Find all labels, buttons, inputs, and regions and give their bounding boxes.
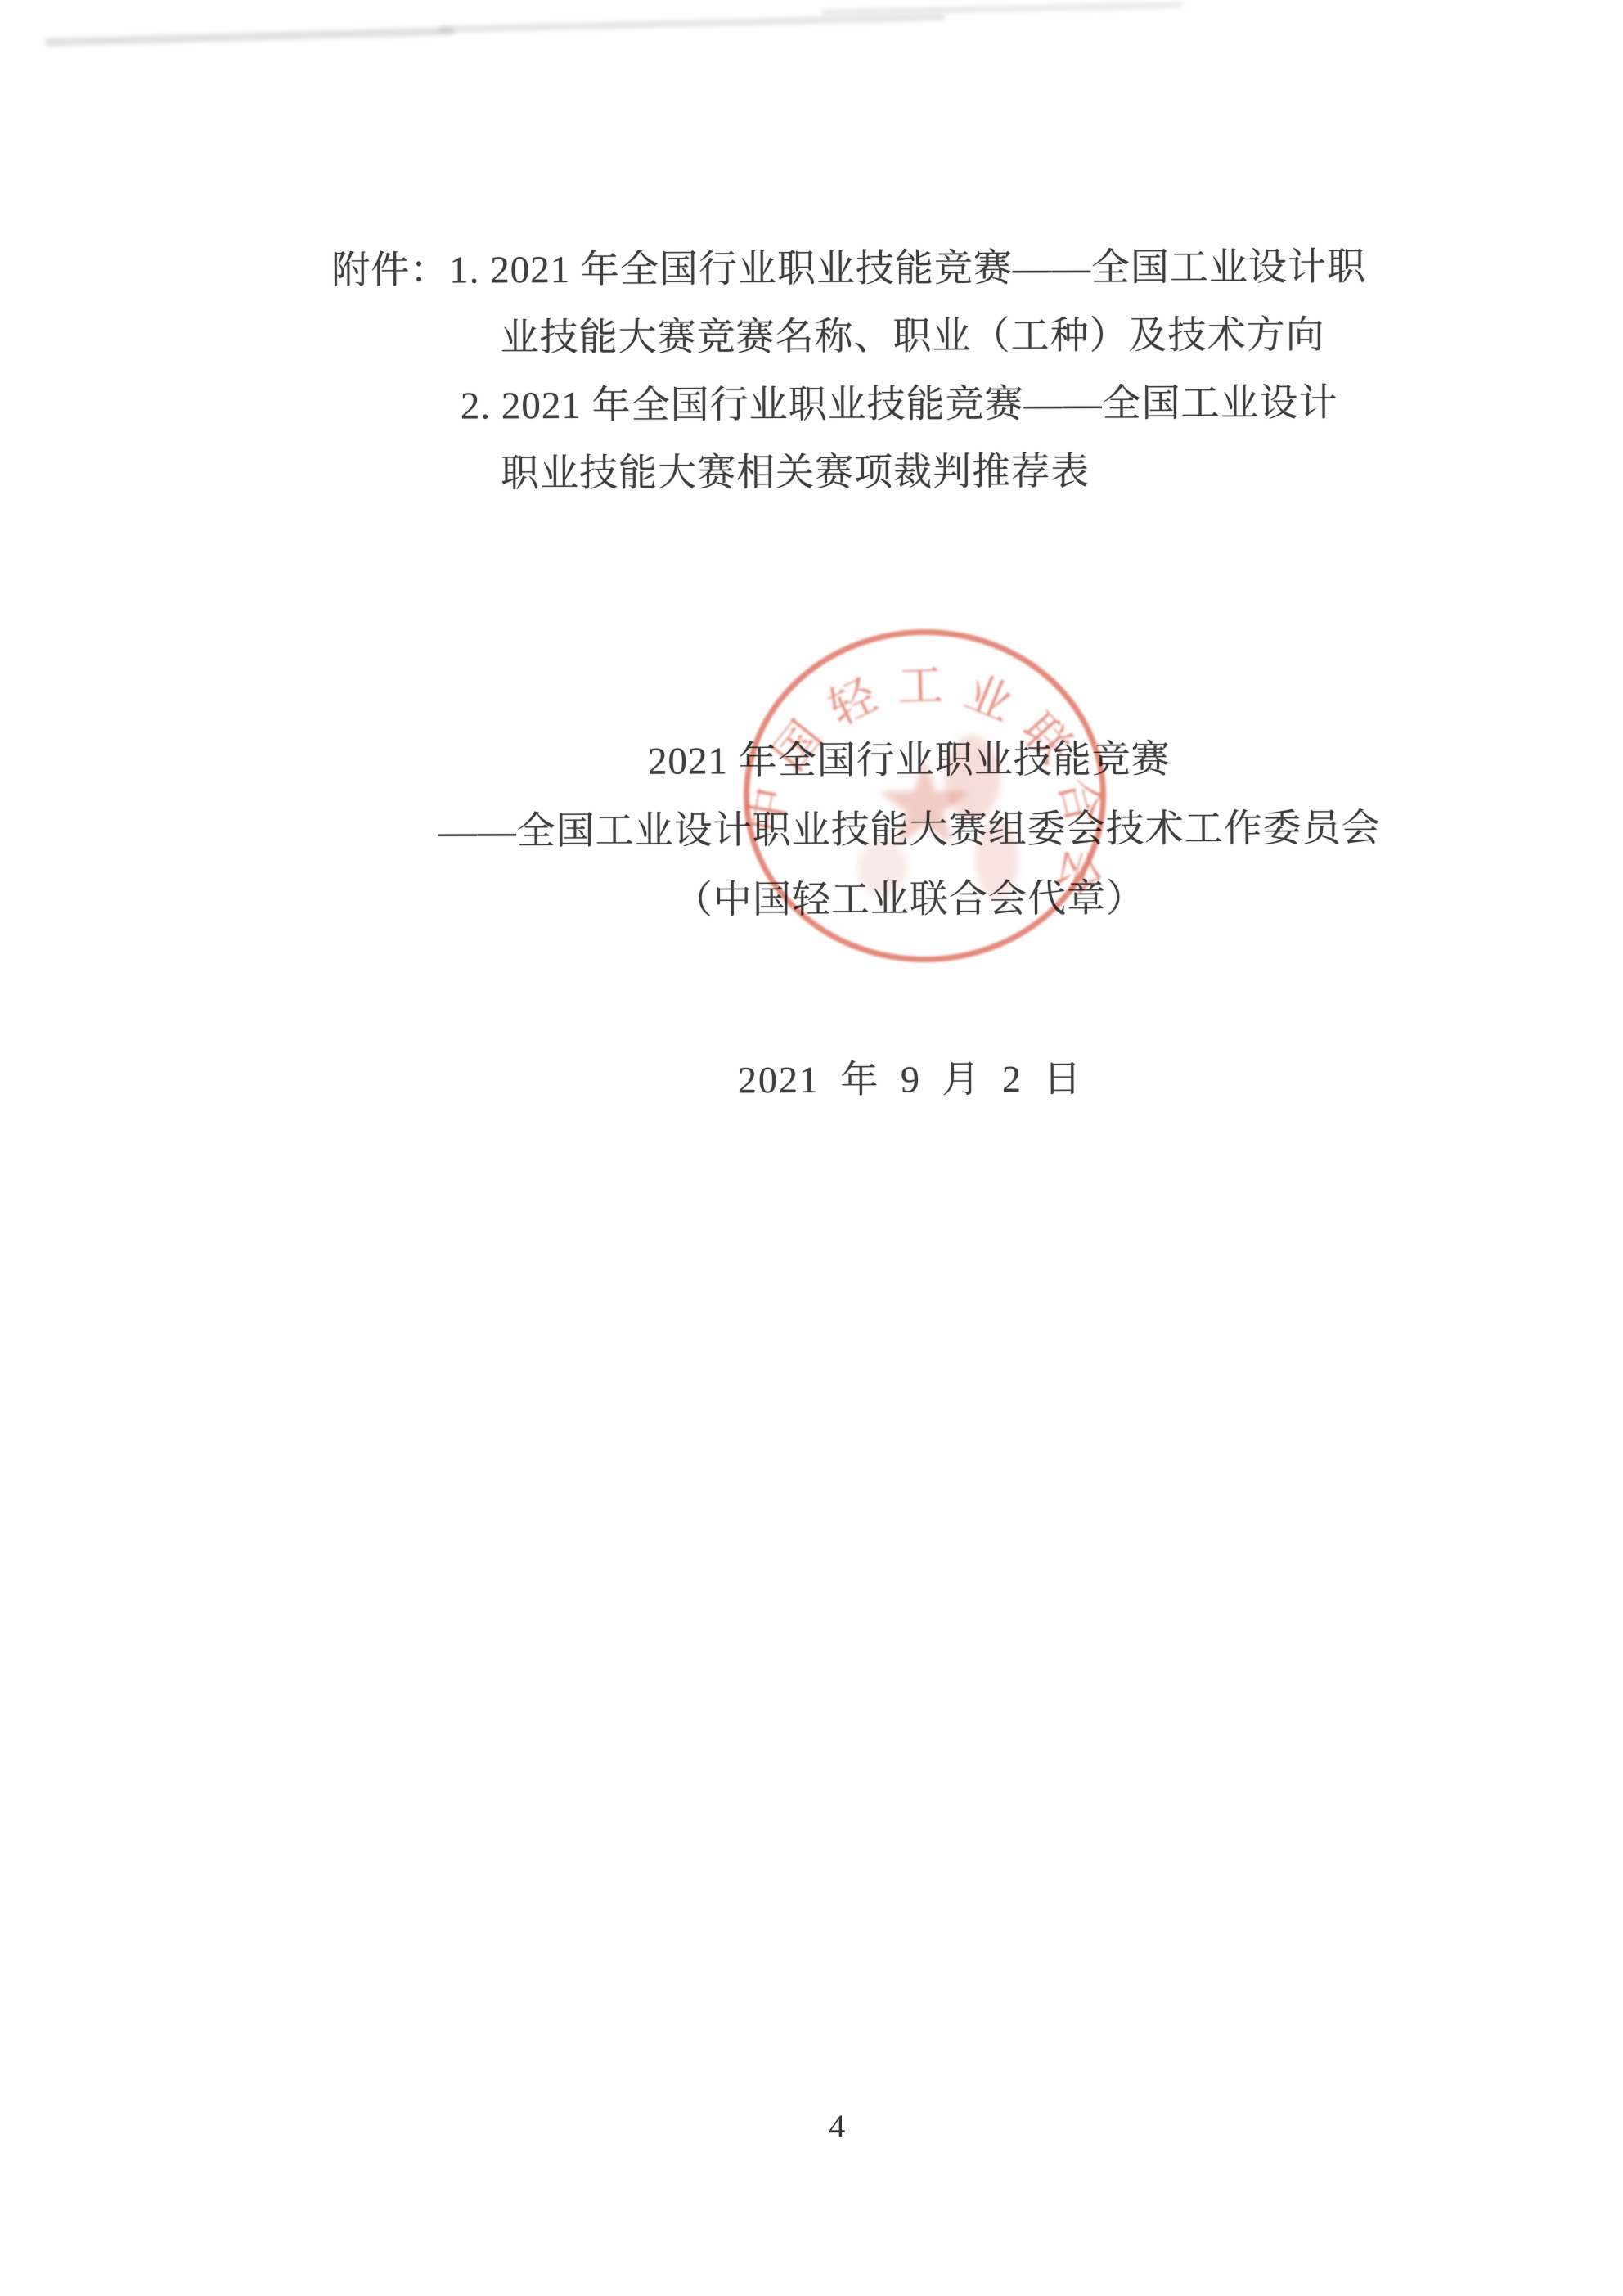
attachment-list: 附件：1. 2021 年全国行业职业技能竞赛——全国工业设计职 业技能大赛竞赛名… (331, 234, 1367, 509)
scan-artifact (822, 2, 1182, 16)
attachment-line: 附件：1. 2021 年全国行业职业技能竞赛——全国工业设计职 (331, 234, 1366, 305)
scan-artifact (438, 14, 945, 33)
signature-line: 2021 年全国行业职业技能竞赛 (196, 724, 1621, 799)
signature-block: 2021 年全国行业职业技能竞赛 ——全国工业设计职业技能大赛组委会技术工作委员… (196, 724, 1622, 938)
page-number: 4 (47, 2105, 1623, 2149)
scanned-content: 附件：1. 2021 年全国行业职业技能竞赛——全国工业设计职 业技能大赛竞赛名… (0, 0, 1623, 2296)
signature-line: ——全国工业设计职业技能大赛组委会技术工作委员会 (197, 794, 1622, 868)
attachment-line: 业技能大赛竞赛名称、职业（工种）及技术方向 (500, 302, 1366, 373)
signature-line: （中国轻工业联合会代章） (197, 863, 1622, 938)
attachment-line: 职业技能大赛相关赛项裁判推荐表 (501, 438, 1367, 509)
scan-artifact (45, 27, 454, 46)
document-page: 附件：1. 2021 年全国行业职业技能竞赛——全国工业设计职 业技能大赛竞赛名… (0, 0, 1623, 2296)
signature-date: 2021 年 9 月 2 日 (198, 1047, 1623, 1106)
attachment-line: 2. 2021 年全国行业职业技能竞赛——全国工业设计 (461, 370, 1367, 441)
